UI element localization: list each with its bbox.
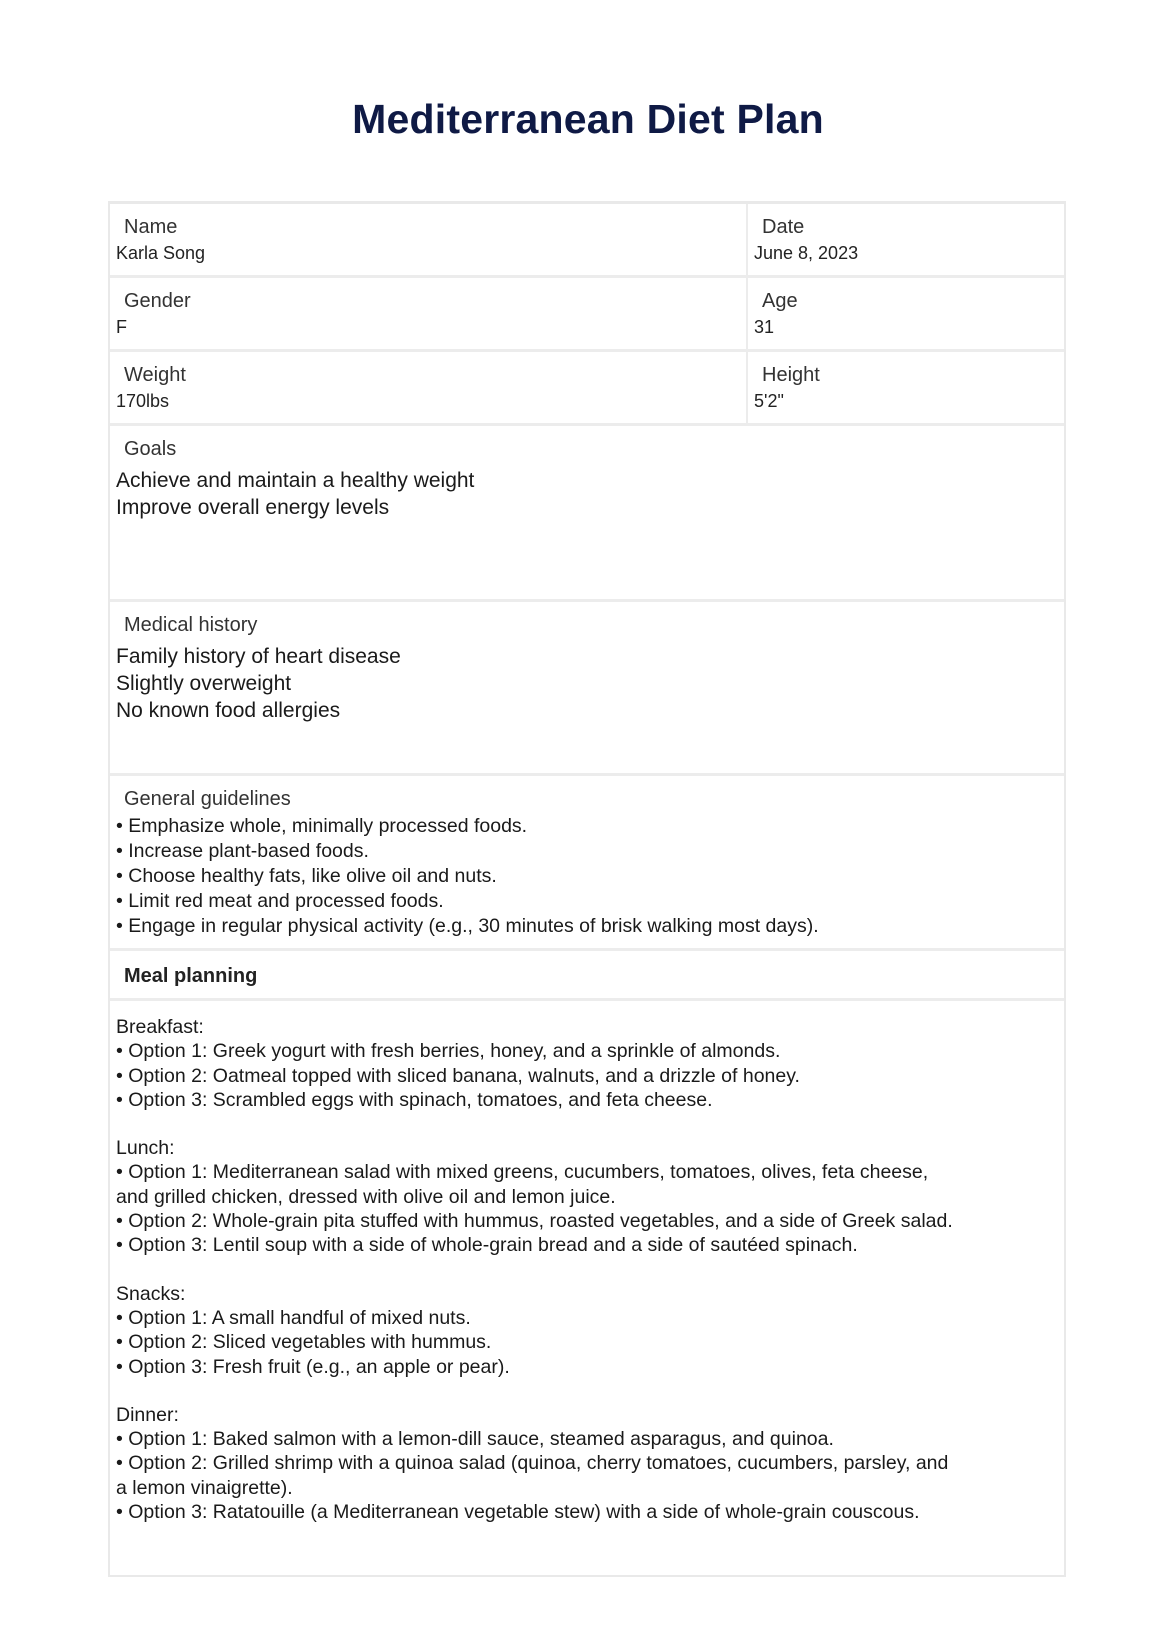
meal-title: Lunch: [116, 1136, 953, 1160]
meal-planning-header-cell: Meal planning [110, 951, 1064, 998]
medical-history-label: Medical history [116, 613, 1058, 637]
height-cell: Height 5'2" [748, 352, 1064, 423]
meal-option: • Option 3: Fresh fruit (e.g., an apple … [116, 1355, 953, 1379]
date-value: June 8, 2023 [754, 241, 1058, 265]
meal-option: • Option 2: Whole-grain pita stuffed wit… [116, 1209, 953, 1233]
name-value: Karla Song [116, 241, 740, 265]
row-name-date: Name Karla Song Date June 8, 2023 [110, 204, 1064, 278]
date-label: Date [754, 215, 1058, 239]
row-general-guidelines: General guidelines • Emphasize whole, mi… [110, 776, 1064, 951]
goal-item: Achieve and maintain a healthy weight [116, 467, 1058, 494]
goal-item: Improve overall energy levels [116, 494, 1058, 521]
gender-label: Gender [116, 289, 740, 313]
weight-label: Weight [116, 363, 740, 387]
meal-option: • Option 2: Grilled shrimp with a quinoa… [116, 1451, 953, 1475]
weight-cell: Weight 170lbs [110, 352, 748, 423]
row-meal-planning: Breakfast: • Option 1: Greek yogurt with… [110, 1001, 1064, 1575]
meal-title: Breakfast: [116, 1015, 953, 1039]
meal-option: • Option 1: Greek yogurt with fresh berr… [116, 1039, 953, 1063]
meal-option: • Option 1: Baked salmon with a lemon-di… [116, 1427, 953, 1451]
guideline-item: • Choose healthy fats, like olive oil an… [116, 864, 1058, 889]
medical-history-item: Family history of heart disease [116, 643, 1058, 670]
medical-history-list: Family history of heart disease Slightly… [116, 643, 1058, 724]
age-label: Age [754, 289, 1058, 313]
goals-list: Achieve and maintain a healthy weight Im… [116, 467, 1058, 521]
guideline-item: • Engage in regular physical activity (e… [116, 914, 1058, 939]
row-weight-height: Weight 170lbs Height 5'2" [110, 352, 1064, 426]
height-value: 5'2" [754, 389, 1058, 413]
height-label: Height [754, 363, 1058, 387]
row-goals: Goals Achieve and maintain a healthy wei… [110, 426, 1064, 602]
page-title: Mediterranean Diet Plan [0, 96, 1176, 143]
guideline-item: • Increase plant-based foods. [116, 839, 1058, 864]
goals-label: Goals [116, 437, 1058, 461]
meal-option: • Option 1: Mediterranean salad with mix… [116, 1160, 953, 1184]
meal-planning-heading: Meal planning [116, 962, 1058, 988]
medical-history-item: Slightly overweight [116, 670, 1058, 697]
medical-history-item: No known food allergies [116, 697, 1058, 724]
name-label: Name [116, 215, 740, 239]
goals-cell: Goals Achieve and maintain a healthy wei… [110, 426, 1064, 599]
meal-option: • Option 1: A small handful of mixed nut… [116, 1306, 953, 1330]
meal-group-dinner: Dinner: • Option 1: Baked salmon with a … [116, 1403, 953, 1524]
meal-group-breakfast: Breakfast: • Option 1: Greek yogurt with… [116, 1015, 953, 1112]
date-cell: Date June 8, 2023 [748, 204, 1064, 275]
meal-option: • Option 3: Ratatouille (a Mediterranean… [116, 1500, 953, 1524]
meal-option: • Option 3: Scrambled eggs with spinach,… [116, 1088, 953, 1112]
row-meal-planning-header: Meal planning [110, 951, 1064, 1001]
guideline-item: • Emphasize whole, minimally processed f… [116, 814, 1058, 839]
gender-value: F [116, 315, 740, 339]
meal-option: • Option 2: Sliced vegetables with hummu… [116, 1330, 953, 1354]
name-cell: Name Karla Song [110, 204, 748, 275]
guidelines-list: • Emphasize whole, minimally processed f… [116, 814, 1058, 939]
age-value: 31 [754, 315, 1058, 339]
medical-history-cell: Medical history Family history of heart … [110, 602, 1064, 773]
guidelines-cell: General guidelines • Emphasize whole, mi… [110, 776, 1064, 948]
meal-option: • Option 3: Lentil soup with a side of w… [116, 1233, 953, 1257]
meal-option: • Option 2: Oatmeal topped with sliced b… [116, 1064, 953, 1088]
row-gender-age: Gender F Age 31 [110, 278, 1064, 352]
meal-option: a lemon vinaigrette). [116, 1476, 953, 1500]
meal-title: Dinner: [116, 1403, 953, 1427]
guideline-item: • Limit red meat and processed foods. [116, 889, 1058, 914]
meal-group-snacks: Snacks: • Option 1: A small handful of m… [116, 1282, 953, 1379]
meal-group-lunch: Lunch: • Option 1: Mediterranean salad w… [116, 1136, 953, 1257]
guidelines-label: General guidelines [116, 787, 1058, 811]
diet-plan-form: Name Karla Song Date June 8, 2023 Gender… [108, 201, 1066, 1577]
row-medical-history: Medical history Family history of heart … [110, 602, 1064, 776]
age-cell: Age 31 [748, 278, 1064, 349]
meal-title: Snacks: [116, 1282, 953, 1306]
meal-option: and grilled chicken, dressed with olive … [116, 1185, 953, 1209]
meal-plan-content: Breakfast: • Option 1: Greek yogurt with… [110, 1001, 959, 1575]
weight-value: 170lbs [116, 389, 740, 413]
gender-cell: Gender F [110, 278, 748, 349]
